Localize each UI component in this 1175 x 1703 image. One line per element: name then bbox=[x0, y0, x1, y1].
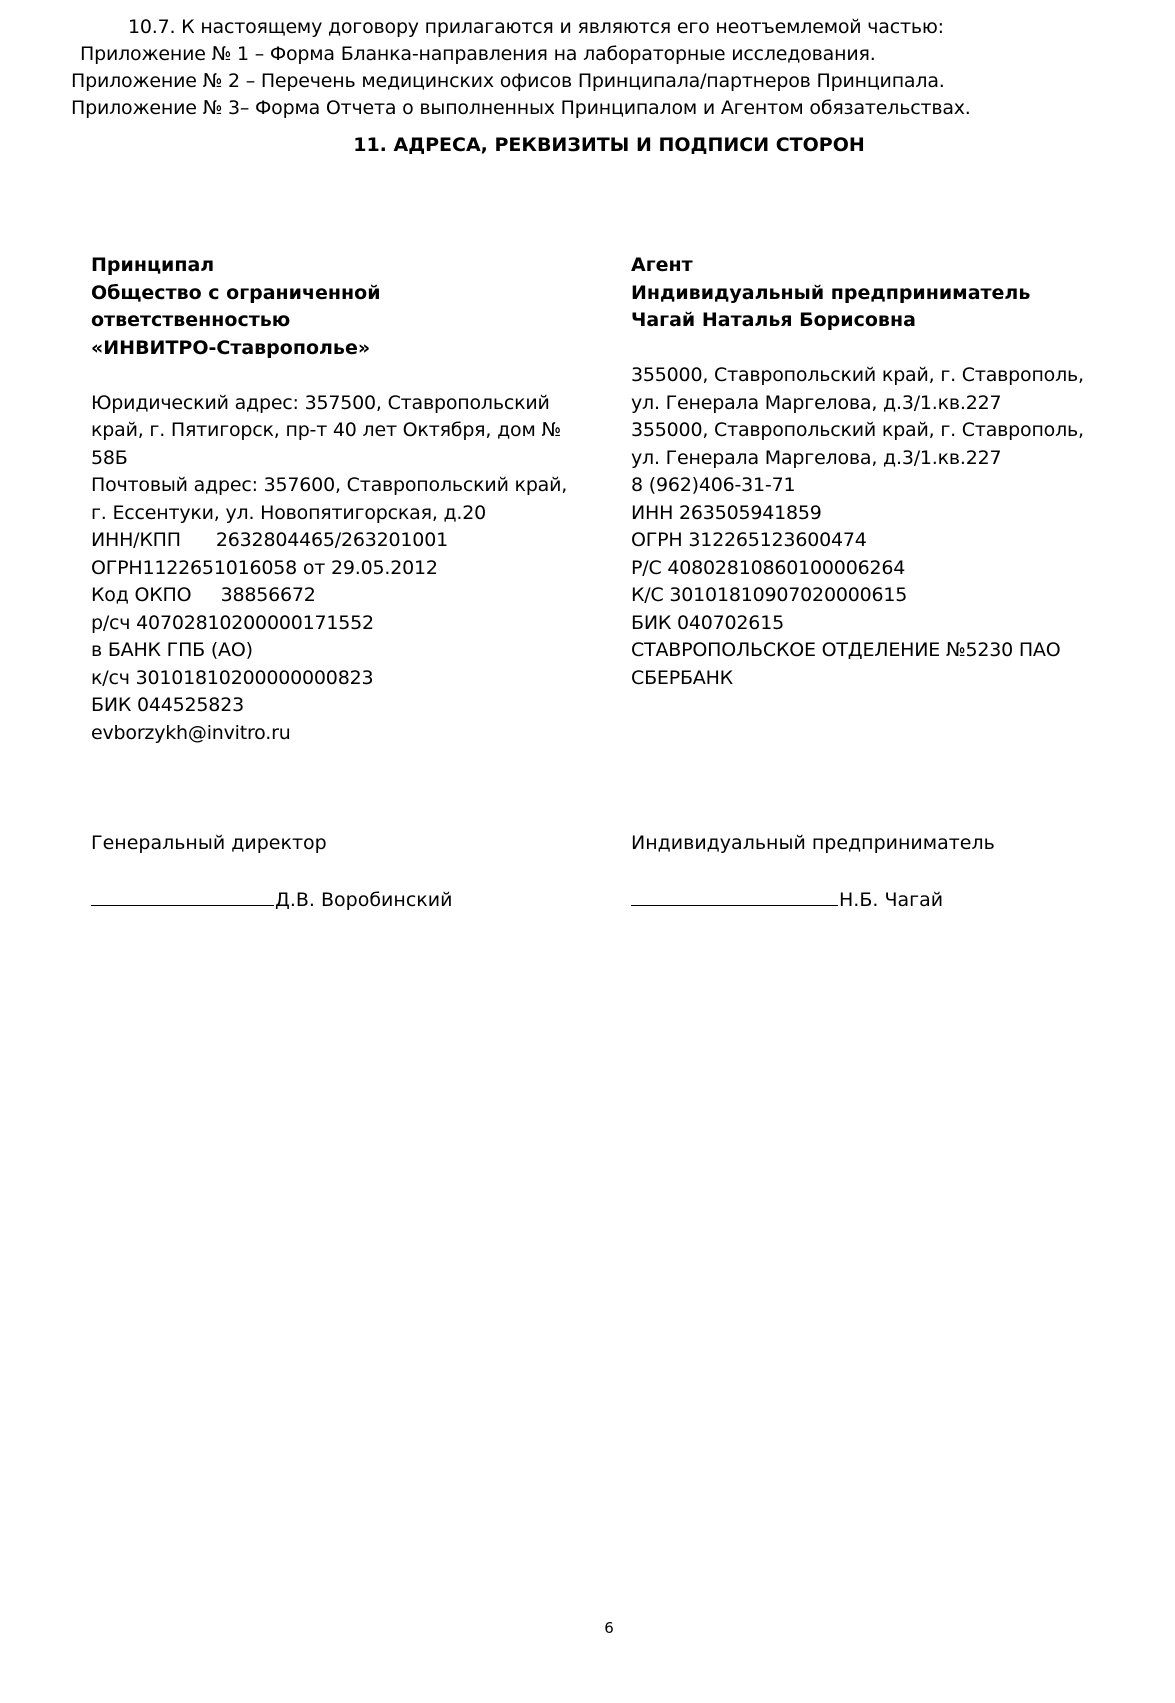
agent-details: 355000, Ставропольский край, г. Ставропо… bbox=[631, 362, 1101, 692]
agent-name-line: Индивидуальный предприниматель bbox=[631, 280, 1101, 308]
principal-signatory-position: Генеральный директор bbox=[91, 830, 327, 857]
principal-postal-address: Почтовый адрес: 357600, Ставропольский к… bbox=[91, 472, 591, 500]
agent-bik: БИК 040702615 bbox=[631, 610, 1101, 638]
agent-phone: 8 (962)406-31-71 bbox=[631, 472, 1101, 500]
principal-name-line: Общество с ограниченной bbox=[91, 280, 591, 308]
principal-account: р/сч 40702810200000171552 bbox=[91, 610, 591, 638]
principal-bik: БИК 044525823 bbox=[91, 692, 591, 720]
principal-legal-address: край, г. Пятигорск, пр-т 40 лет Октября,… bbox=[91, 417, 591, 445]
signature-blank bbox=[91, 885, 274, 906]
agent-postal-address: 355000, Ставропольский край, г. Ставропо… bbox=[631, 417, 1101, 445]
agent-inn: ИНН 263505941859 bbox=[631, 500, 1101, 528]
agent-legal-address: ул. Генерала Маргелова, д.3/1.кв.227 bbox=[631, 390, 1101, 418]
agent-name-line: Чагай Наталья Борисовна bbox=[631, 307, 1101, 335]
annex-intro-paragraph: 10.7. К настоящему договору прилагаются … bbox=[128, 14, 944, 41]
principal-postal-address: г. Ессентуки, ул. Новопятигорская, д.20 bbox=[91, 500, 591, 528]
annex-item-2: Приложение № 2 – Перечень медицинских оф… bbox=[71, 68, 945, 95]
annex-item-3: Приложение № 3– Форма Отчета о выполненн… bbox=[71, 95, 971, 122]
principal-signatory-name: Д.В. Воробинский bbox=[275, 889, 452, 911]
agent-bank: СТАВРОПОЛЬСКОЕ ОТДЕЛЕНИЕ №5230 ПАО bbox=[631, 637, 1101, 665]
agent-role: Агент bbox=[631, 252, 1101, 280]
agent-block: Агент Индивидуальный предприниматель Чаг… bbox=[631, 252, 1101, 692]
principal-bank: в БАНК ГПБ (АО) bbox=[91, 637, 591, 665]
section-heading: 11. АДРЕСА, РЕКВИЗИТЫ И ПОДПИСИ СТОРОН bbox=[0, 132, 1175, 159]
principal-block: Принципал Общество с ограниченной ответс… bbox=[91, 252, 591, 747]
agent-ogrn: ОГРН 312265123600474 bbox=[631, 527, 1101, 555]
principal-corr-account: к/сч 30101810200000000823 bbox=[91, 665, 591, 693]
agent-bank: СБЕРБАНК bbox=[631, 665, 1101, 693]
annex-item-1: Приложение № 1 – Форма Бланка-направлени… bbox=[80, 41, 876, 68]
principal-name-line: ответственностью bbox=[91, 307, 591, 335]
principal-details: Юридический адрес: 357500, Ставропольски… bbox=[91, 390, 591, 748]
signature-blank bbox=[631, 885, 838, 906]
agent-legal-address: 355000, Ставропольский край, г. Ставропо… bbox=[631, 362, 1101, 390]
agent-signatory-name: Н.Б. Чагай bbox=[839, 889, 943, 911]
principal-signature-line: Д.В. Воробинский bbox=[91, 885, 452, 914]
principal-okpo: Код ОКПО 38856672 bbox=[91, 582, 591, 610]
document-page: 10.7. К настоящему договору прилагаются … bbox=[0, 0, 1175, 1703]
agent-corr-account: К/С 30101810907020000615 bbox=[631, 582, 1101, 610]
principal-name-line: «ИНВИТРО-Ставрополье» bbox=[91, 335, 591, 363]
agent-postal-address: ул. Генерала Маргелова, д.3/1.кв.227 bbox=[631, 445, 1101, 473]
principal-email: evborzykh@invitro.ru bbox=[91, 720, 591, 748]
principal-inn-kpp: ИНН/КПП 2632804465/263201001 bbox=[91, 527, 591, 555]
principal-legal-address: Юридический адрес: 357500, Ставропольски… bbox=[91, 390, 591, 418]
agent-signatory-position: Индивидуальный предприниматель bbox=[631, 830, 995, 857]
agent-account: Р/С 40802810860100006264 bbox=[631, 555, 1101, 583]
principal-ogrn: ОГРН1122651016058 от 29.05.2012 bbox=[91, 555, 591, 583]
principal-role: Принципал bbox=[91, 252, 591, 280]
agent-signature-line: Н.Б. Чагай bbox=[631, 885, 943, 914]
page-number: 6 bbox=[0, 1618, 1175, 1638]
principal-legal-address: 58Б bbox=[91, 445, 591, 473]
